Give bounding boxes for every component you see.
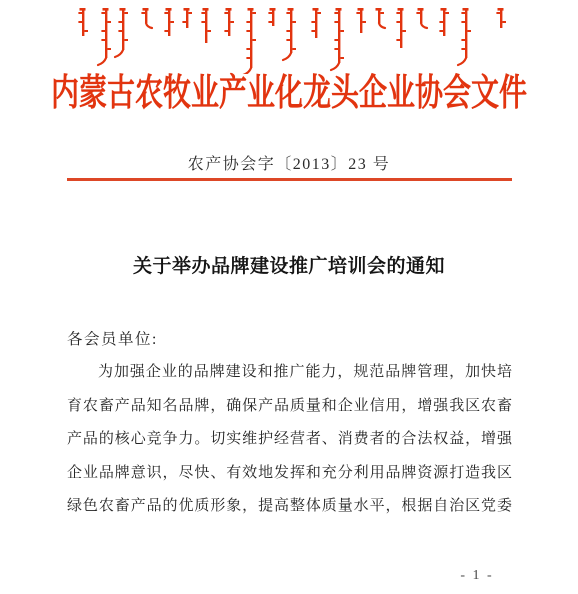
paragraph-line: 企业品牌意识，尽快、有效地发挥和充分利用品牌资源打造我区 [67,457,512,491]
red-divider [67,178,512,181]
document-page: 内蒙古农牧业产业化龙头企业协会文件 农产协会字〔2013〕23 号 关于举办品牌… [0,0,578,594]
org-title: 内蒙古农牧业产业化龙头企业协会文件 [0,64,578,104]
salutation: 各会员单位: [67,327,158,349]
doc-number: 农产协会字〔2013〕23 号 [0,151,578,174]
paragraph-line: 育农畜产品知名品牌，确保产品质量和企业信用，增强我区农畜 [67,390,512,424]
paragraph: 为加强企业的品牌建设和推广能力，规范品牌管理，加快培育农畜产品知名品牌，确保产品… [67,356,512,524]
paragraph-line: 为加强企业的品牌建设和推广能力，规范品牌管理，加快培 [67,356,512,390]
notice-title: 关于举办品牌建设推广培训会的通知 [0,251,578,278]
paragraph-line: 产品的核心竞争力。切实维护经营者、消费者的合法权益，增强 [67,423,512,457]
org-title-text: 内蒙古农牧业产业化龙头企业协会文件 [51,64,527,117]
page-number: - 1 - [445,568,509,584]
paragraph-line: 绿色农畜产品的优质形象，提高整体质量水平，根据自治区党委 [67,490,512,524]
